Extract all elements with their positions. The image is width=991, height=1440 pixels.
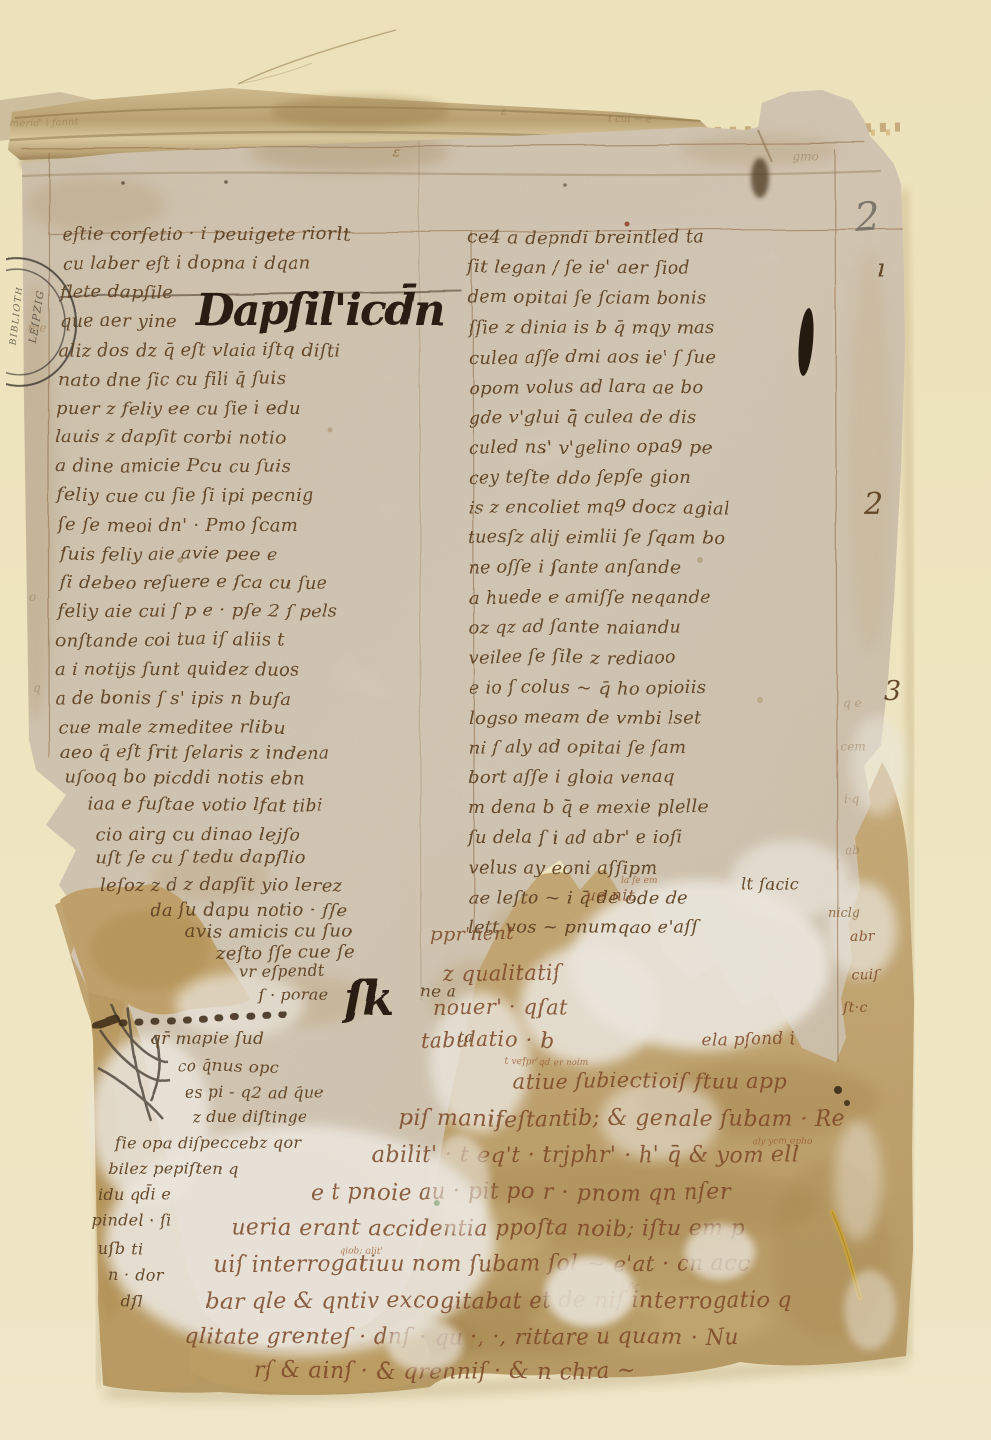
lower-left-line: pindel · ſi	[92, 1211, 172, 1230]
right-column-line: ſit legan / ſe ie' aer ſiod	[466, 257, 690, 278]
underlayer-line: ue nit	[585, 885, 634, 904]
right-column-line: is z encoliet mq9 docz agial	[468, 497, 729, 518]
left-column-line: nato dne ſic cu fili q̄ ſuis	[58, 369, 287, 390]
left-column-line: que aer yine	[60, 311, 177, 332]
margin-numeral: ı	[878, 255, 887, 285]
left-column-line: ſi debeo reſuere e ſca cu ſue	[58, 572, 327, 593]
left-column-line: zeſto ſſe cue ſe	[214, 942, 355, 963]
left-column-line: lauis z dapſit corbi notio	[56, 427, 286, 448]
underlayer-line: tabulatio · b	[420, 1028, 554, 1052]
lower-left-line: qr̄ mapie ſud	[150, 1029, 264, 1049]
left-column-line: puer z feliy ee cu ſie i edu	[56, 398, 301, 419]
left-column-line: cue male zmeditee rlibu	[58, 717, 285, 738]
underlayer-line: abr	[850, 929, 876, 945]
underlayer-line: nouer' · qſat	[432, 995, 567, 1019]
right-column-line: dem opitai ſe ſciam bonis	[468, 287, 706, 308]
interlinear-gloss: qiob; alit'	[340, 1247, 383, 1257]
right-column-line: opom volus ad lara ae bo	[468, 377, 704, 398]
paragraph-mark: ɛ	[392, 144, 400, 160]
lower-left-line: idu qd̄i e	[98, 1183, 172, 1204]
margin-fragment: me	[28, 321, 46, 335]
chapter-heading: Dapſil'icd̄n	[194, 282, 444, 336]
manuscript-photograph: merid' i fanntt cui ~ egmoɛɛ2ı23BIBLIOTH…	[0, 0, 991, 1440]
margin-fragment: i·q	[843, 791, 859, 805]
left-column-line: eſtie corſetio · i peuigete riorlt	[62, 224, 351, 245]
margin-fragment: o	[30, 591, 37, 605]
left-column-line: vr eſpendt	[238, 961, 325, 980]
left-column-line: feliy aie cui ſ p e · pſe 2 ſ pels	[56, 601, 338, 622]
left-column-line: aeo q̄ eſt ſrit ſelaris z indena	[60, 742, 329, 763]
right-column-line: ſſie z dinia is b q̄ mqy mas	[466, 317, 715, 338]
folio-number: 2	[852, 194, 882, 242]
right-column-line: ni ſ aly ad opitai ſe ſam	[468, 737, 686, 758]
right-column-line: ſu dela ſ i ad abr' e ioſi	[466, 827, 683, 848]
left-column-line: iaa e fuſtae votio lfat tibi	[88, 794, 322, 815]
underlayer-line: z qualitatiſ	[441, 961, 564, 985]
left-column-line: uſt ſe cu ſ tedu dapſlio	[95, 847, 306, 868]
interlinear-gloss: la ſe em	[620, 875, 656, 885]
underlayer-line: ueria erant accidentia ppoſta noib; iſtu…	[232, 1216, 745, 1241]
right-column-line: veilee ſe ſile z rediaoo	[468, 647, 676, 668]
underlayer-line: uiſ interrogatiuu nom ſubam ſol ~ e'at ·…	[213, 1252, 751, 1277]
left-column-line: ſuis feliy aie avie pee e	[58, 543, 276, 564]
right-column-line: a huede e amiſſe neqande	[468, 587, 711, 608]
margin-numeral: 2	[863, 487, 883, 522]
underlayer-line: ſt·c	[842, 1000, 868, 1016]
right-column-line: gde v'glui q̄ culea de dis	[468, 407, 697, 428]
margin-numeral: 3	[884, 676, 901, 707]
left-column-line: avis amicis cu ſuo	[185, 921, 353, 942]
underlayer-line: e t pnoie au · pit po r · pnom qn nſer	[310, 1180, 732, 1205]
left-column-line: da ſu dapu notio · ſſe	[150, 900, 347, 921]
lower-left-line: bilez pepiſten q	[108, 1159, 239, 1178]
lower-left-line: fie opa diſpeccebz qor	[114, 1133, 302, 1152]
right-column-line: logso meam de vmbi lset	[468, 707, 702, 728]
paragraph-mark: ɛ	[500, 104, 506, 117]
lower-left-line: n · dor	[108, 1265, 164, 1284]
margin-fragment: q	[33, 681, 41, 695]
underlayer-line: piſ manifeſtantib; & genale ſubam · Re	[400, 1107, 845, 1132]
left-column-line: leſoz z d z dapſit yio lerez	[100, 875, 342, 896]
right-column-line: tuesſz alij eimlii ſe ſqam bo	[468, 527, 724, 548]
right-column-line: culea aſſe dmi aos ie' ſ ſue	[468, 347, 716, 368]
margin-fragment: cem	[840, 739, 865, 753]
interlinear-gloss: aly yom epho	[752, 1137, 813, 1147]
left-column-line: uſooq bo picddi notis ebn	[65, 767, 304, 788]
right-column-line: e io ſ colus ~ q̄ ho opioiis	[468, 677, 706, 698]
right-column-line: cey teſte ddo ſepſe gion	[468, 467, 691, 488]
section-heading: ſk	[341, 971, 392, 1025]
lower-left-line: dſl	[120, 1291, 142, 1310]
right-column-line: ce4 a depndi breintled ta	[468, 227, 705, 248]
underlayer-line: bar qle & qntiv excogitabat et de niſ in…	[205, 1289, 793, 1314]
right-column-line: culed ns' v'gelino opa9 pe	[468, 437, 712, 458]
underlayer-line: atiue ſubiectioiſ ftuu app	[512, 1069, 787, 1093]
left-column-line: a i notijs ſunt quidez duos	[55, 659, 299, 680]
right-column-line: niclg	[828, 906, 860, 921]
right-column-line: ae leſto ~ i q̄ de ode de	[468, 887, 688, 908]
right-column-line: lt ſacic	[742, 875, 800, 894]
left-column-line: a de bonis ſ s' ipis n buſa	[55, 688, 290, 709]
left-column-line: aliz dos dz q̄ eſt vlaia iſtq diſti	[58, 340, 340, 361]
margin-fragment: q e	[842, 695, 861, 709]
underlayer-line: cuiſ	[852, 968, 883, 984]
left-column-line: feliy cue cu ſie ſi ipi pecnig	[56, 485, 314, 506]
lower-left-line: es pi - q2 ad q̄ue	[185, 1083, 324, 1102]
lower-left-line: co q̄nus opc	[178, 1057, 278, 1076]
fold-inscription: t cui ~ e	[608, 114, 651, 125]
interlinear-gloss: t veſpr'qd er noim	[505, 1057, 587, 1067]
left-column-line: onſtande coi tua iſ aliis t	[55, 630, 286, 651]
left-column-line: a dine amicie Pcu cu ſuis	[56, 456, 291, 477]
left-column-line: ſ · porae	[257, 985, 328, 1004]
right-column-line: oz qz ad ſante naiandu	[468, 617, 681, 638]
lower-left-line: uſb ti	[98, 1239, 143, 1258]
left-column-line: ſe ſe meoi dn' · Pmo ſcam	[56, 514, 297, 535]
flap-inscription: gmo	[792, 149, 818, 163]
underlayer-line: ppr'nent	[430, 923, 515, 945]
lower-left-line: z due diſtinge	[191, 1107, 308, 1126]
underlayer-line: ela pſond i	[700, 1029, 796, 1049]
left-column-line: cio airg cu dinao lejſo	[95, 824, 300, 845]
left-column-line: cu laber eſt i dopna i dqan	[62, 253, 311, 274]
manuscript-scene: merid' i fanntt cui ~ egmoɛɛ2ı23BIBLIOTH…	[0, 0, 991, 1440]
right-column-line: ne oſſe i ſante anſande	[468, 557, 681, 578]
right-column-line: bort aſſe i gloia venaq	[468, 767, 676, 788]
margin-fragment: ab	[845, 843, 860, 857]
right-column-line: m dena b q̄ e mexie plelle	[468, 797, 709, 818]
left-column-line: flete dapſile	[58, 282, 173, 303]
